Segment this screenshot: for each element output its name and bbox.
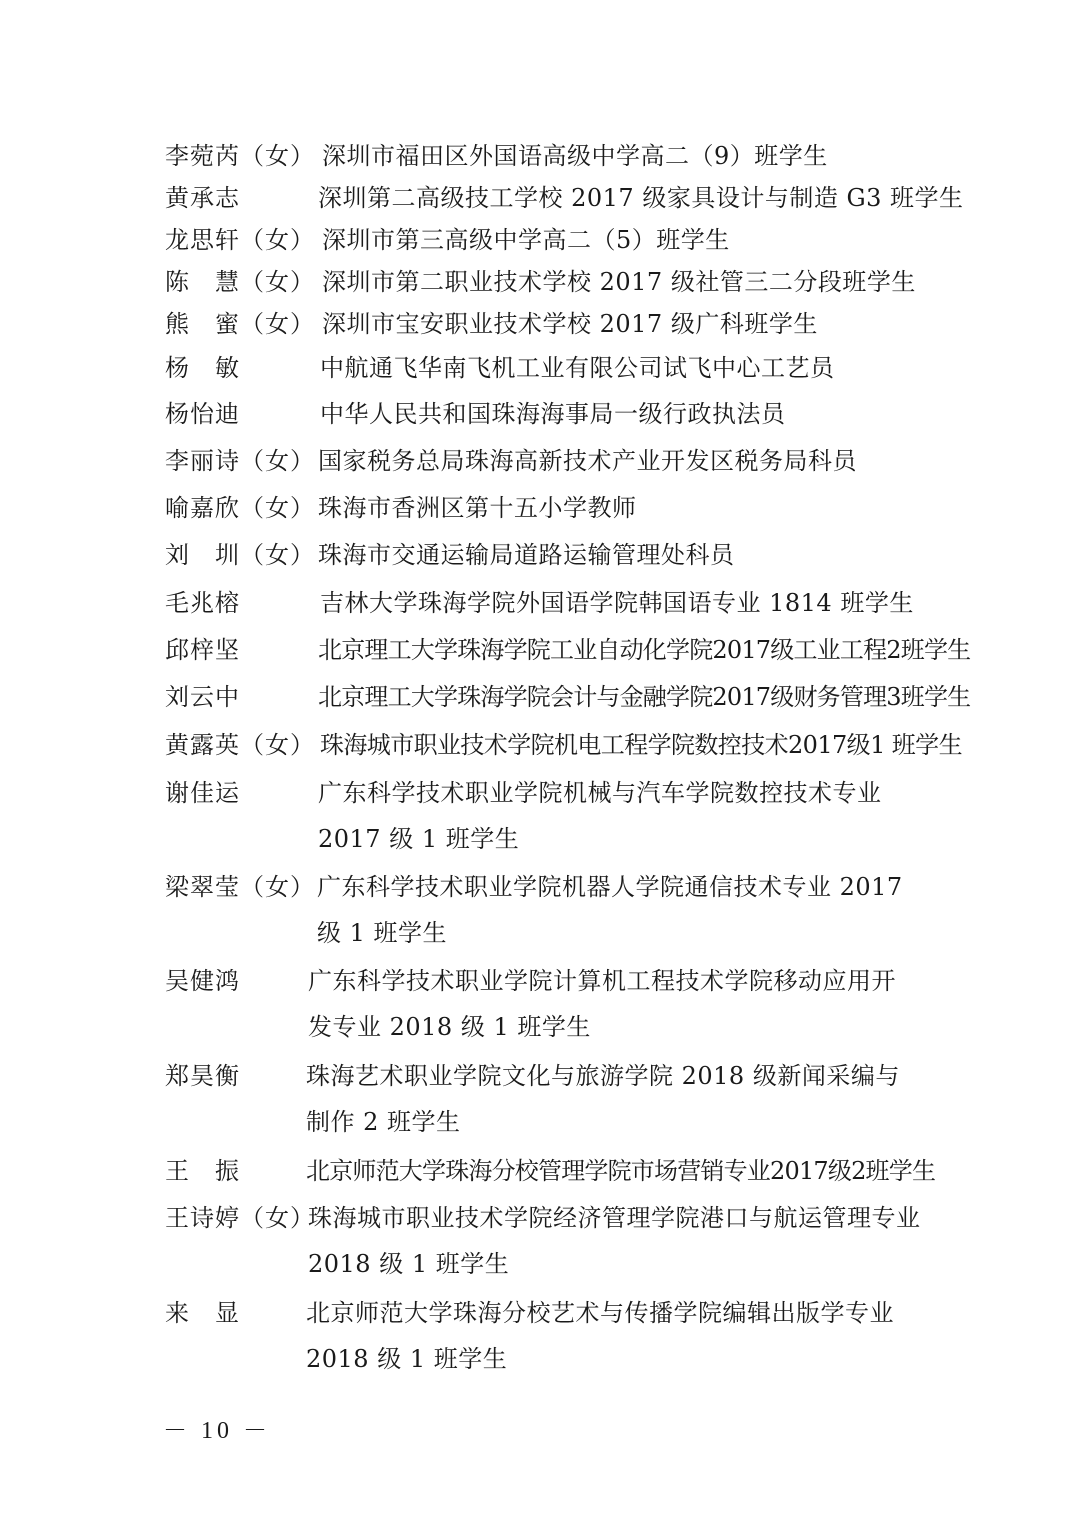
person-name: 杨怡迪	[165, 391, 240, 437]
person-name: 谢佳运	[165, 770, 240, 816]
person-name: 来 显	[165, 1290, 240, 1336]
person-name: 熊 蜜（女）	[165, 301, 315, 347]
affiliation-line: 珠海城市职业技术学院机电工程学院数控技术2017级1 班学生	[320, 722, 962, 768]
person-name: 毛兆榕	[165, 580, 240, 626]
affiliation-line: 中航通飞华南飞机工业有限公司试飞中心工艺员	[320, 345, 835, 391]
affiliation-line: 北京理工大学珠海学院会计与金融学院2017级财务管理3班学生	[318, 674, 970, 720]
person-name: 吴健鸿	[165, 958, 240, 1004]
person-affiliation: 珠海城市职业技术学院机电工程学院数控技术2017级1 班学生	[320, 722, 962, 768]
person-affiliation: 珠海艺术职业学院文化与旅游学院 2018 级新闻采编与 制作 2 班学生	[306, 1053, 900, 1145]
affiliation-line: 级 1 班学生	[317, 910, 903, 956]
person-name: 李菀芮（女）	[165, 133, 315, 179]
affiliation-line: 深圳市福田区外国语高级中学高二（9）班学生	[322, 133, 828, 179]
person-affiliation: 中华人民共和国珠海海事局一级行政执法员	[320, 391, 786, 437]
affiliation-line: 广东科学技术职业学院机械与汽车学院数控技术专业	[318, 770, 882, 816]
person-affiliation: 北京师范大学珠海分校艺术与传播学院编辑出版学专业 2018 级 1 班学生	[306, 1290, 894, 1382]
person-name: 杨 敏	[165, 345, 240, 391]
person-affiliation: 吉林大学珠海学院外国语学院韩国语专业 1814 班学生	[320, 580, 914, 626]
person-name: 喻嘉欣（女）	[165, 485, 315, 531]
document-page: 李菀芮（女） 深圳市福田区外国语高级中学高二（9）班学生 黄承志 深圳第二高级技…	[0, 0, 1080, 1527]
person-affiliation: 北京理工大学珠海学院工业自动化学院2017级工业工程2班学生	[318, 627, 970, 673]
person-name: 黄露英（女）	[165, 722, 315, 768]
person-affiliation: 深圳市宝安职业技术学校 2017 级广科班学生	[322, 301, 818, 347]
person-name: 龙思轩（女）	[165, 217, 315, 263]
person-name: 黄承志	[165, 175, 240, 221]
affiliation-line: 制作 2 班学生	[306, 1099, 900, 1145]
affiliation-line: 深圳市第二职业技术学校 2017 级社管三二分段班学生	[322, 259, 916, 305]
person-affiliation: 深圳市第二职业技术学校 2017 级社管三二分段班学生	[322, 259, 916, 305]
person-affiliation: 深圳市第三高级中学高二（5）班学生	[322, 217, 730, 263]
affiliation-line: 珠海城市职业技术学院经济管理学院港口与航运管理专业	[308, 1195, 921, 1241]
affiliation-line: 发专业 2018 级 1 班学生	[308, 1004, 896, 1050]
person-affiliation: 珠海城市职业技术学院经济管理学院港口与航运管理专业 2018 级 1 班学生	[308, 1195, 921, 1287]
person-affiliation: 北京师范大学珠海分校管理学院市场营销专业2017级2班学生	[306, 1148, 935, 1194]
person-affiliation: 广东科学技术职业学院机器人学院通信技术专业 2017 级 1 班学生	[317, 864, 903, 956]
affiliation-line: 广东科学技术职业学院机器人学院通信技术专业 2017	[317, 864, 903, 910]
person-name: 陈 慧（女）	[165, 259, 315, 305]
person-affiliation: 广东科学技术职业学院机械与汽车学院数控技术专业 2017 级 1 班学生	[318, 770, 882, 862]
person-name: 李丽诗（女）	[165, 438, 315, 484]
person-affiliation: 珠海市香洲区第十五小学教师	[318, 485, 637, 531]
person-name: 刘 圳（女）	[165, 532, 315, 578]
affiliation-line: 北京师范大学珠海分校管理学院市场营销专业2017级2班学生	[306, 1148, 935, 1194]
affiliation-line: 国家税务总局珠海高新技术产业开发区税务局科员	[318, 438, 857, 484]
person-affiliation: 中航通飞华南飞机工业有限公司试飞中心工艺员	[320, 345, 835, 391]
page-number: － 10 －	[163, 1416, 271, 1446]
person-affiliation: 广东科学技术职业学院计算机工程技术学院移动应用开 发专业 2018 级 1 班学…	[308, 958, 896, 1050]
person-affiliation: 珠海市交通运输局道路运输管理处科员	[318, 532, 735, 578]
person-name: 刘云中	[165, 674, 240, 720]
person-name: 王诗婷（女）	[165, 1195, 315, 1241]
affiliation-line: 深圳市宝安职业技术学校 2017 级广科班学生	[322, 301, 818, 347]
person-name: 郑昊衡	[165, 1053, 240, 1099]
affiliation-line: 2018 级 1 班学生	[308, 1241, 921, 1287]
person-name: 王 振	[165, 1148, 240, 1194]
person-affiliation: 深圳第二高级技工学校 2017 级家具设计与制造 G3 班学生	[318, 175, 964, 221]
person-name: 梁翠莹（女）	[165, 864, 315, 910]
affiliation-line: 珠海艺术职业学院文化与旅游学院 2018 级新闻采编与	[306, 1053, 900, 1099]
affiliation-line: 2018 级 1 班学生	[306, 1336, 894, 1382]
affiliation-line: 吉林大学珠海学院外国语学院韩国语专业 1814 班学生	[320, 580, 914, 626]
person-affiliation: 深圳市福田区外国语高级中学高二（9）班学生	[322, 133, 828, 179]
person-name: 邱梓坚	[165, 627, 240, 673]
affiliation-line: 2017 级 1 班学生	[318, 816, 882, 862]
affiliation-line: 北京理工大学珠海学院工业自动化学院2017级工业工程2班学生	[318, 627, 970, 673]
affiliation-line: 广东科学技术职业学院计算机工程技术学院移动应用开	[308, 958, 896, 1004]
affiliation-line: 深圳第二高级技工学校 2017 级家具设计与制造 G3 班学生	[318, 175, 964, 221]
affiliation-line: 珠海市交通运输局道路运输管理处科员	[318, 532, 735, 578]
affiliation-line: 北京师范大学珠海分校艺术与传播学院编辑出版学专业	[306, 1290, 894, 1336]
person-affiliation: 国家税务总局珠海高新技术产业开发区税务局科员	[318, 438, 857, 484]
affiliation-line: 中华人民共和国珠海海事局一级行政执法员	[320, 391, 786, 437]
affiliation-line: 珠海市香洲区第十五小学教师	[318, 485, 637, 531]
person-affiliation: 北京理工大学珠海学院会计与金融学院2017级财务管理3班学生	[318, 674, 970, 720]
affiliation-line: 深圳市第三高级中学高二（5）班学生	[322, 217, 730, 263]
